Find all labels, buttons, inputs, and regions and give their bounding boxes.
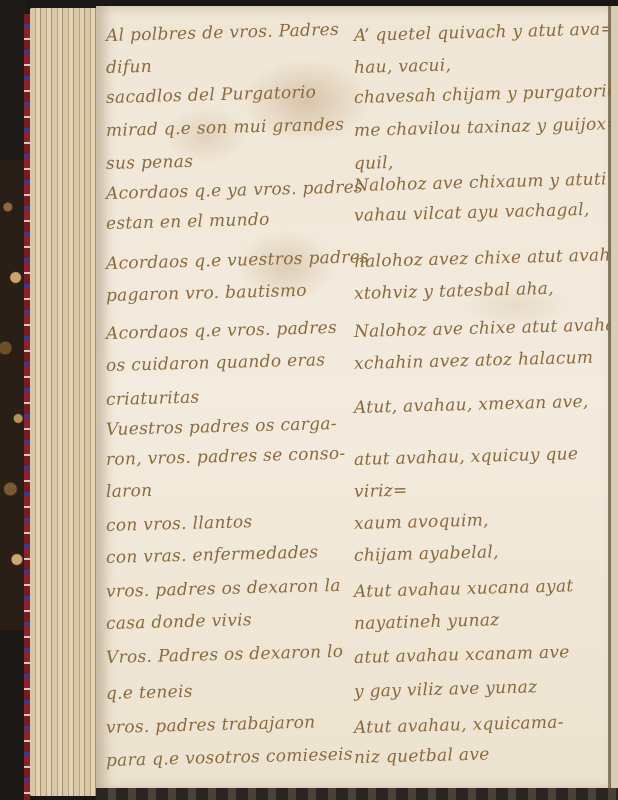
mayan-line: chavesah chijam y purgatorio, [354, 81, 618, 108]
spanish-line: para q.e vosotros comieseis [106, 745, 353, 771]
spanish-line: criaturitas [106, 388, 200, 410]
mayan-line: vahau vilcat ayu vachagal, [354, 200, 590, 226]
spanish-line: vros. padres os dexaron la [106, 576, 341, 602]
spanish-line: casa donde vivis [106, 610, 252, 634]
spanish-line: sus penas [106, 152, 194, 174]
spanish-line: q.e teneis [106, 682, 193, 704]
spanish-line: os cuidaron quando eras [106, 350, 326, 376]
spanish-line: Acordaos q.e vros. padres [106, 318, 338, 344]
mayan-line: Atut avahau xucana ayat [354, 576, 574, 602]
bottom-binding-edge [96, 788, 618, 800]
spanish-line: Acordaos q.e vuestros padres [106, 247, 370, 274]
spanish-line: difun [106, 57, 153, 78]
mayan-line: xtohviz y tatesbal aha, [354, 279, 554, 304]
spanish-line: vros. padres trabajaron [106, 713, 316, 738]
spanish-line: Vuestros padres os carga- [106, 414, 337, 440]
mayan-line: quil, [354, 153, 394, 174]
mayan-line: nayatineh yunaz [354, 610, 500, 634]
spanish-line: mirad q.e son mui grandes [106, 115, 345, 141]
spanish-line: Al polbres de vros. Padres [106, 20, 340, 46]
spanish-line: laron [106, 481, 153, 502]
mayan-line: atut avahau, xquicuy que [354, 444, 579, 470]
book-cover-bottom [0, 630, 26, 800]
spanish-line: con vras. enfermedades [106, 542, 319, 568]
mayan-line: viriz= [354, 481, 408, 502]
spanish-line: Vros. Padres os dexaron lo [106, 642, 344, 668]
mayan-line: A’ quetel quivach y atut ava= [354, 19, 616, 46]
page-fore-edge [610, 6, 618, 790]
mayan-line: nalohoz avez chixe atut avahau [354, 245, 618, 272]
spanish-line: ron, vros. padres se conso- [106, 444, 346, 470]
spanish-line: sacadlos del Purgatorio [106, 82, 317, 107]
mayan-line: Atut, avahau, xmexan ave, [354, 392, 589, 418]
mayan-line: Nalohoz ave chixe atut avahau [354, 315, 618, 342]
mayan-line: y gay viliz ave yunaz [354, 677, 538, 702]
book-cover-top [0, 0, 26, 160]
spanish-line: con vros. llantos [106, 512, 253, 536]
mayan-line: hau, vacui, [354, 55, 452, 78]
mayan-line: Atut avahau, xquicama- [354, 713, 564, 738]
stacked-page-edges [30, 8, 102, 796]
manuscript-page: Al polbres de vros. Padresdifunsacadlos … [96, 6, 610, 790]
mayan-line: niz quetbal ave [354, 744, 490, 768]
mayan-line: atut avahau xcanam ave [354, 642, 570, 668]
spanish-line: pagaron vro. bautismo [106, 281, 307, 306]
mayan-line: xaum avoquim, [354, 510, 489, 534]
mayan-line: Nalohoz ave chixaum y atuti [354, 169, 607, 196]
marbled-cover [0, 160, 26, 630]
spanish-line: estan en el mundo [106, 210, 270, 234]
spanish-line: Acordaos q.e ya vros. padres [106, 177, 364, 204]
mayan-line: me chavilou taxinaz y guijox= [354, 114, 618, 141]
mayan-line: chijam ayabelal, [354, 542, 499, 566]
mayan-line: xchahin avez atoz halacum [354, 348, 594, 374]
